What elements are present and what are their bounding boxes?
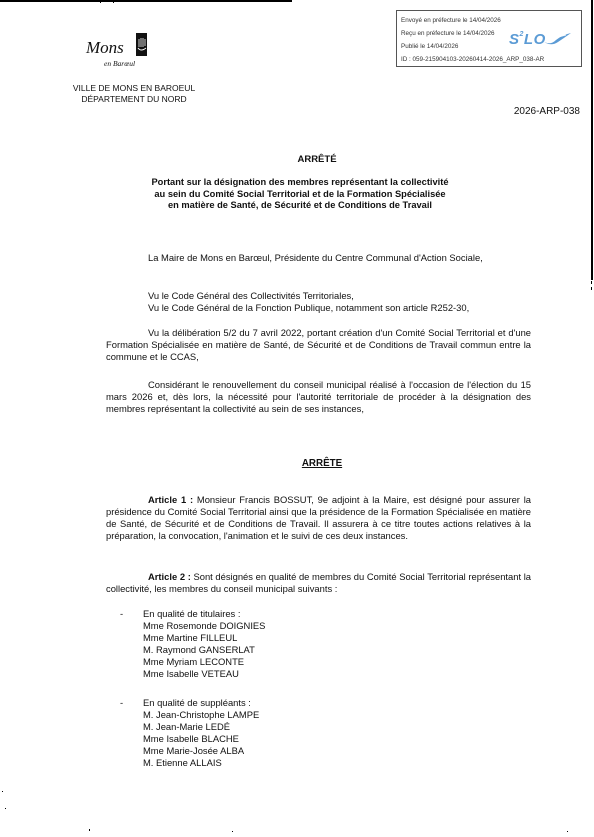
vu-code-collectivites: Vu le Code Général des Collectivités Ter…: [106, 290, 531, 302]
stamp-id: ID : 059-215904103-20260414-2026_ARP_038…: [401, 53, 577, 66]
s2lo-logo: S2LO: [509, 28, 571, 50]
scan-edge-right: [591, 0, 593, 280]
vu-text: Vu le Code Général de la Fonction Publiq…: [148, 302, 469, 313]
scan-speck: [567, 831, 568, 832]
town-name: VILLE DE MONS EN BAROEUL: [62, 83, 206, 94]
list-bullet: -: [120, 608, 123, 620]
scan-speck: [2, 791, 3, 792]
scan-edge-right-dash: [591, 281, 592, 290]
scan-marks: [100, 1, 114, 3]
article-2: Article 2 : Sont désignés en qualité de …: [106, 571, 531, 595]
list-item: Mme Rosemonde DOIGNIES: [143, 620, 265, 632]
subtitle-line: en matière de Santé, de Sécurité et de C…: [100, 200, 500, 212]
document-subtitle: Portant sur la désignation des membres r…: [100, 177, 500, 212]
considerant-paragraph: Considérant le renouvellement du conseil…: [106, 379, 531, 415]
mons-en-baroeul-logo: Mons en Barœul: [86, 30, 162, 72]
intro-paragraph: La Maire de Mons en Barœul, Présidente d…: [106, 252, 531, 264]
issuer-block: VILLE DE MONS EN BAROEUL DÉPARTEMENT DU …: [62, 83, 206, 105]
list-item: M. Jean-Marie LEDÉ: [143, 721, 259, 733]
list-item: M. Etienne ALLAIS: [143, 757, 259, 769]
list-item: M. Raymond GANSERLAT: [143, 644, 265, 656]
scan-edge-top: [0, 0, 292, 2]
subtitle-line: au sein du Comité Social Territorial et …: [100, 189, 500, 201]
article-1-label: Article 1 :: [148, 494, 193, 505]
department-name: DÉPARTEMENT DU NORD: [62, 94, 206, 105]
decision-title: ARRÊTE: [0, 458, 594, 469]
list-bullet: -: [120, 697, 123, 709]
list-heading: En qualité de suppléants :: [143, 697, 259, 709]
considerant-text: Considérant le renouvellement du conseil…: [106, 379, 531, 414]
list-item: M. Jean-Christophe LAMPE: [143, 709, 259, 721]
list-item: Mme Marie-Josée ALBA: [143, 745, 259, 757]
subtitle-line: Portant sur la désignation des membres r…: [100, 177, 500, 189]
list-heading: En qualité de titulaires :: [143, 608, 265, 620]
vu-deliberation: Vu la délibération 5/2 du 7 avril 2022, …: [106, 327, 531, 363]
logo-word: Mons: [86, 38, 124, 58]
list-item: Mme Isabelle VETEAU: [143, 668, 265, 680]
scan-speck: [232, 831, 233, 832]
prefecture-stamp: Envoyé en préfecture le 14/04/2026 Reçu …: [396, 10, 582, 67]
list-item: Mme Myriam LECONTE: [143, 656, 265, 668]
s2lo-swoosh-icon: [542, 32, 572, 46]
document-reference: 2026-ARP-038: [430, 106, 580, 117]
vu-text: Vu la délibération 5/2 du 7 avril 2022, …: [106, 327, 531, 362]
vu-code-fonction-publique: Vu le Code Général de la Fonction Publiq…: [106, 302, 531, 314]
scan-speck: [89, 829, 90, 831]
intro-text: La Maire de Mons en Barœul, Présidente d…: [148, 252, 483, 263]
town-emblem-icon: [136, 33, 147, 56]
article-2-label: Article 2 :: [148, 571, 191, 582]
list-item: Mme Isabelle BLACHE: [143, 733, 259, 745]
article-1: Article 1 : Monsieur Francis BOSSUT, 9e …: [106, 494, 531, 542]
stamp-sent: Envoyé en préfecture le 14/04/2026: [401, 14, 577, 27]
s2lo-logo-text: S2LO: [509, 28, 546, 46]
list-item: Mme Martine FILLEUL: [143, 632, 265, 644]
scan-speck: [5, 808, 6, 809]
document-title: ARRÊTÉ: [20, 154, 594, 165]
logo-subtitle: en Barœul: [104, 59, 135, 68]
vu-text: Vu le Code Général des Collectivités Ter…: [148, 290, 354, 301]
